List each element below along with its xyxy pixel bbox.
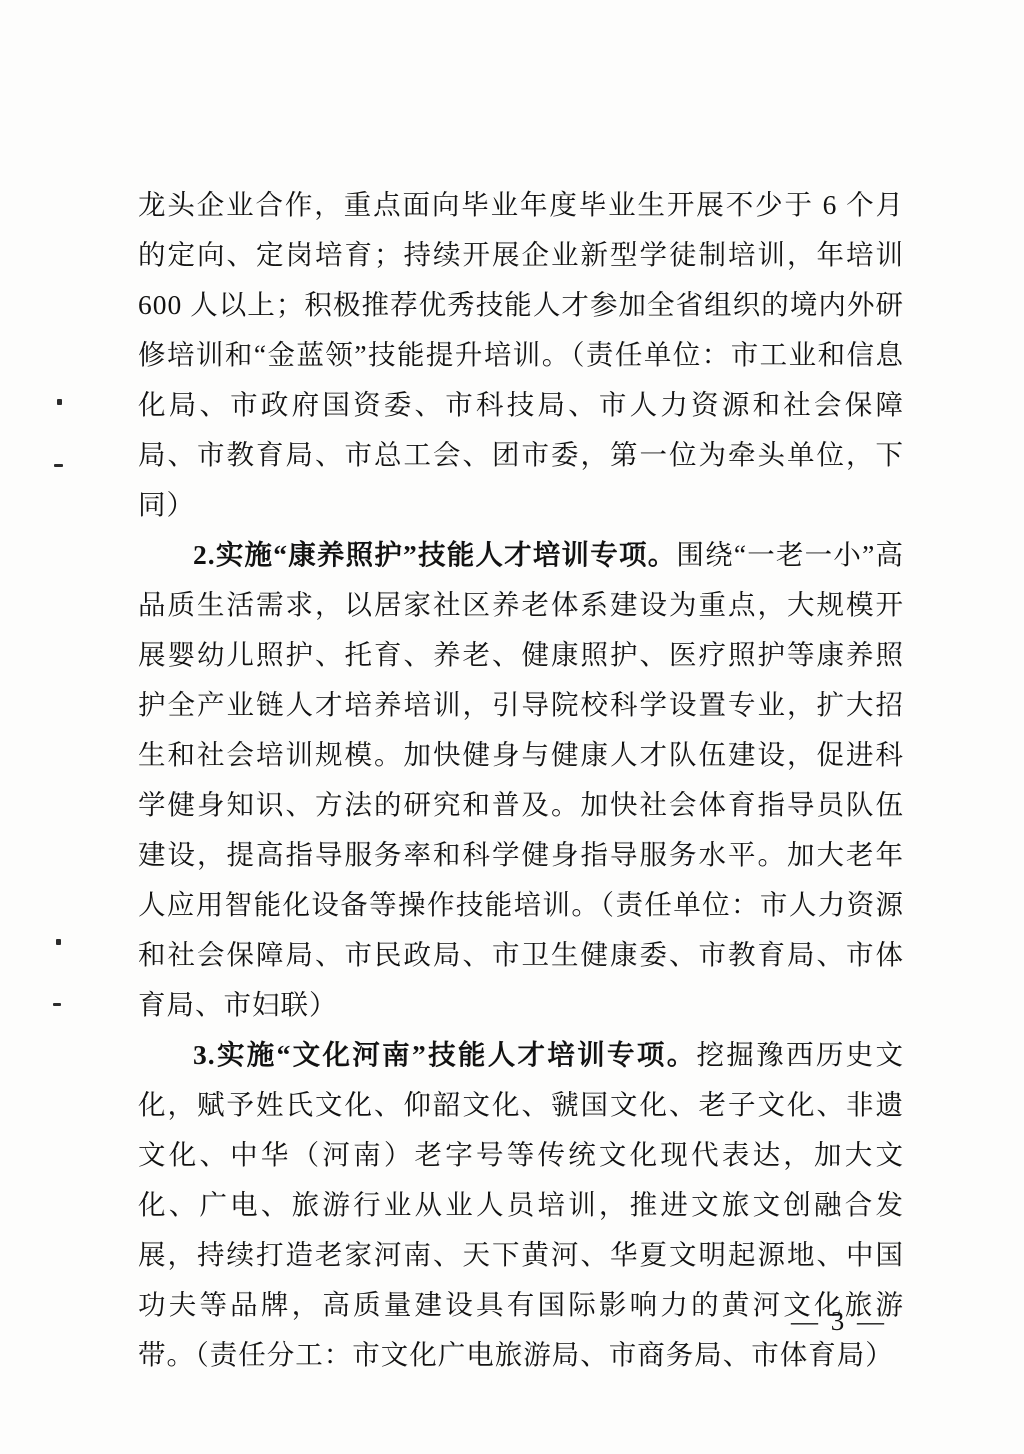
margin-dot-mark-2 xyxy=(56,939,61,945)
margin-dash-mark-1 xyxy=(54,464,63,467)
paragraph-continuation: 龙头企业合作，重点面向毕业年度毕业生开展不少于 6 个月的定向、定岗培育；持续开… xyxy=(138,180,904,530)
paragraph-item-3-heading: 3.实施“文化河南”技能人才培训专项。 xyxy=(193,1039,697,1070)
margin-dot-mark-1 xyxy=(57,399,62,405)
paragraph-item-2: 2.实施“康养照护”技能人才培训专项。围绕“一老一小”高品质生活需求，以居家社区… xyxy=(138,530,904,1030)
margin-dash-mark-2 xyxy=(53,1003,61,1006)
page-number: — 3 — xyxy=(784,1306,894,1337)
paragraph-item-2-heading: 2.实施“康养照护”技能人才培训专项。 xyxy=(193,539,676,570)
paragraph-item-2-text: 围绕“一老一小”高品质生活需求，以居家社区养老体系建设为重点，大规模开展婴幼儿照… xyxy=(138,539,904,1020)
document-body: 龙头企业合作，重点面向毕业年度毕业生开展不少于 6 个月的定向、定岗培育；持续开… xyxy=(138,180,904,1380)
document-page: 龙头企业合作，重点面向毕业年度毕业生开展不少于 6 个月的定向、定岗培育；持续开… xyxy=(0,0,1024,1454)
paragraph-continuation-text: 龙头企业合作，重点面向毕业年度毕业生开展不少于 6 个月的定向、定岗培育；持续开… xyxy=(138,189,904,520)
